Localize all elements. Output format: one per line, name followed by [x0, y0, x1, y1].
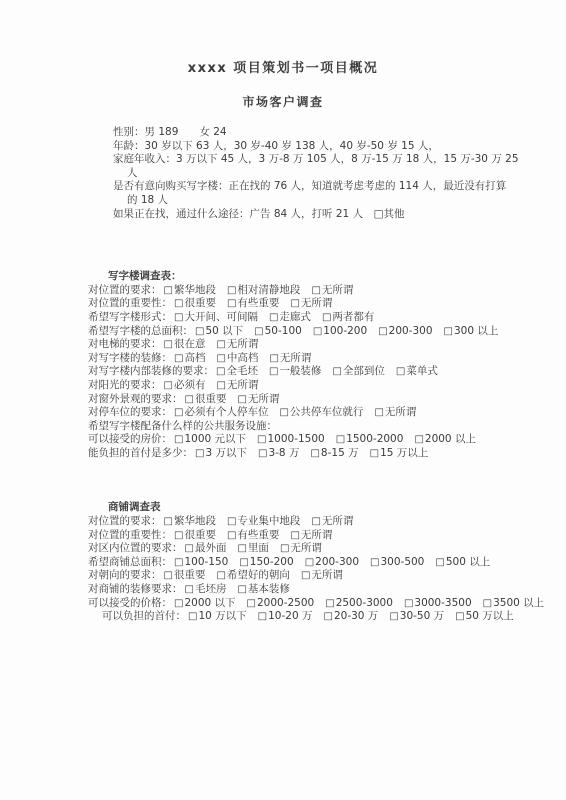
- option-label: 2000-2500: [257, 597, 314, 609]
- checkbox-option: □2500-3000: [325, 597, 393, 609]
- checkbox-option: □繁华地段: [164, 515, 216, 527]
- checkbox-icon: □: [174, 530, 183, 541]
- document-subtitle: 市场客户调查: [0, 93, 566, 110]
- checkbox-icon: □: [269, 312, 278, 323]
- checkbox-icon: □: [483, 598, 492, 609]
- survey-row: 对区内位置的要求：□最外面□里面□无所谓: [88, 542, 540, 556]
- checkbox-icon: □: [216, 380, 225, 391]
- option-label: 必须有个人停车位: [184, 406, 268, 418]
- option-label: 无所谓: [301, 529, 333, 541]
- checkbox-icon: □: [332, 366, 341, 377]
- checkbox-option: □50 以下: [195, 325, 243, 337]
- checkbox-option: □3000-3500: [404, 597, 472, 609]
- checkbox-option: □公共停车位就行: [279, 406, 363, 418]
- checkbox-option: □高档: [174, 352, 205, 364]
- option-label: 8-15 万: [321, 447, 359, 459]
- survey-row: 希望写字楼配备什么样的公共服务设施：: [88, 420, 540, 434]
- checkbox-option: □很重要: [174, 529, 216, 541]
- survey-row: 对朝向的要求：□很重要□希望好的朝向□无所谓: [88, 569, 540, 583]
- option-label: 有些重要: [237, 297, 279, 309]
- intro-line: 是否有意向购买写字楼：正在找的 76 人，知道就考虑考虑的 114 人，最近没有…: [113, 180, 532, 194]
- option-label: 30-50 万: [400, 610, 444, 622]
- checkbox-option: □15 万以上: [370, 447, 429, 459]
- row-label: 希望写字楼的总面积：: [88, 325, 193, 337]
- checkbox-option: □两者都有: [322, 311, 374, 323]
- checkbox-option: □300 以上: [444, 325, 499, 337]
- option-label: 1000-1500: [267, 433, 324, 445]
- row-label: 对位置的重要性：: [88, 297, 172, 309]
- row-label: 可以接受的房价：: [88, 433, 172, 445]
- option-label: 必须有: [174, 379, 206, 391]
- survey-row: 希望写字楼的总面积：□50 以下□50-100□100-200□200-300□…: [88, 325, 540, 339]
- checkbox-icon: □: [257, 434, 266, 445]
- option-label: 2500-3000: [336, 597, 393, 609]
- option-label: 15 万以上: [380, 447, 428, 459]
- option-label: 50-100: [265, 325, 302, 337]
- checkbox-icon: □: [301, 570, 310, 581]
- checkbox-option: □很重要: [185, 393, 227, 405]
- option-label: 无所谓: [248, 393, 280, 405]
- checkbox-icon: □: [313, 326, 322, 337]
- checkbox-icon: □: [247, 598, 256, 609]
- checkbox-option: □2000 以上: [414, 433, 476, 445]
- option-label: 专业集中地段: [237, 515, 300, 527]
- checkbox-option: □无所谓: [280, 542, 322, 554]
- option-label: 200-300: [315, 556, 359, 568]
- checkbox-icon: □: [239, 557, 248, 568]
- option-label: 3 万以下: [205, 447, 247, 459]
- survey-row: 可以负担的首付：□10 万以下□10-20 万□20-30 万□30-50 万□…: [88, 610, 540, 624]
- checkbox-icon: □: [370, 557, 379, 568]
- option-label: 无所谓: [322, 515, 354, 527]
- checkbox-icon: □: [258, 611, 267, 622]
- checkbox-icon: □: [164, 285, 173, 296]
- checkbox-icon: □: [174, 312, 183, 323]
- checkbox-option: □无所谓: [290, 529, 332, 541]
- checkbox-icon: □: [164, 380, 173, 391]
- row-label: 希望商铺总面积：: [88, 556, 172, 568]
- checkbox-option: □专业集中地段: [227, 515, 300, 527]
- survey-row: 对商铺的装修要求：□毛坯房□基本装修: [88, 583, 540, 597]
- option-label: 1500-2000: [346, 433, 403, 445]
- checkbox-icon: □: [185, 584, 194, 595]
- checkbox-icon: □: [378, 326, 387, 337]
- survey-row: 对位置的要求：□繁华地段□专业集中地段□无所谓: [88, 515, 540, 529]
- survey-row: 对停车位的要求：□必须有个人停车位□公共停车位就行□无所谓: [88, 406, 540, 420]
- survey-row: 对电梯的要求：□很在意□无所谓: [88, 338, 540, 352]
- checkbox-icon: □: [216, 353, 225, 364]
- row-label: 对位置的要求：: [88, 284, 162, 296]
- checkbox-option: □中高档: [216, 352, 258, 364]
- checkbox-icon: □: [237, 584, 246, 595]
- survey-row: 可以接受的价格：□2000 以下□2000-2500□2500-3000□300…: [88, 597, 540, 611]
- checkbox-option: □50-100: [254, 325, 302, 337]
- checkbox-icon: □: [280, 543, 289, 554]
- checkbox-option: □菜单式: [396, 365, 438, 377]
- checkbox-option: □10 万以下: [188, 610, 247, 622]
- checkbox-option: □有些重要: [227, 529, 279, 541]
- checkbox-option: □相对清静地段: [227, 284, 300, 296]
- option-label: 无所谓: [301, 297, 333, 309]
- row-label: 对阳光的要求：: [88, 379, 162, 391]
- checkbox-icon: □: [174, 598, 183, 609]
- checkbox-icon: □: [237, 394, 246, 405]
- checkbox-option: □200-300: [378, 325, 432, 337]
- row-label: 对停车位的要求：: [88, 406, 172, 418]
- option-label: 20-30 万: [334, 610, 378, 622]
- checkbox-icon: □: [174, 434, 183, 445]
- checkbox-icon: □: [290, 530, 299, 541]
- option-label: 无所谓: [280, 352, 312, 364]
- option-label: 一般装修: [279, 365, 321, 377]
- checkbox-option: □无所谓: [374, 406, 416, 418]
- option-label: 无所谓: [311, 569, 343, 581]
- section-heading: 商铺调查表: [88, 501, 540, 515]
- row-label: 可以接受的价格：: [88, 597, 172, 609]
- checkbox-option: □无所谓: [290, 297, 332, 309]
- checkbox-icon: □: [164, 516, 173, 527]
- row-label: 对位置的要求：: [88, 515, 162, 527]
- survey-row: 对写字楼的装修：□高档□中高档□无所谓: [88, 352, 540, 366]
- row-label: 对位置的重要性：: [88, 529, 172, 541]
- option-label: 50 以下: [205, 325, 243, 337]
- checkbox-icon: □: [336, 434, 345, 445]
- option-label: 很重要: [174, 569, 206, 581]
- checkbox-icon: □: [322, 312, 331, 323]
- intro-line: 的 18 人: [113, 194, 532, 208]
- option-label: 2000 以上: [425, 433, 476, 445]
- option-label: 1000 元以下: [184, 433, 246, 445]
- option-label: 100-200: [323, 325, 367, 337]
- checkbox-option: □20-30 万: [324, 610, 379, 622]
- checkbox-icon: □: [414, 434, 423, 445]
- row-label: 对窗外景观的要求：: [88, 393, 183, 405]
- checkbox-icon: □: [227, 516, 236, 527]
- checkbox-icon: □: [195, 448, 204, 459]
- intro-line: 年龄：30 岁以下 63 人，30 岁-40 岁 138 人，40 岁-50 岁…: [113, 140, 532, 154]
- checkbox-icon: □: [374, 407, 383, 418]
- option-label: 无所谓: [290, 542, 322, 554]
- checkbox-option: □1500-2000: [336, 433, 404, 445]
- intro-line: 人: [113, 167, 532, 181]
- survey-row: 希望商铺总面积：□100-150□150-200□200-300□300-500…: [88, 556, 540, 570]
- intro-line: 性别：男 189 女 24: [113, 126, 532, 140]
- checkbox-icon: □: [174, 557, 183, 568]
- option-label: 150-200: [250, 556, 294, 568]
- row-label: 对商铺的装修要求：: [88, 583, 183, 595]
- checkbox-icon: □: [164, 339, 173, 350]
- checkbox-icon: □: [269, 353, 278, 364]
- option-label: 繁华地段: [174, 284, 216, 296]
- checkbox-option: □3 万以下: [195, 447, 247, 459]
- row-label: 希望写字楼形式：: [88, 311, 172, 323]
- checkbox-option: □繁华地段: [164, 284, 216, 296]
- row-label: 能负担的首付是多少：: [88, 447, 193, 459]
- checkbox-option: □最外面: [185, 542, 227, 554]
- option-label: 菜单式: [406, 365, 438, 377]
- checkbox-option: □很重要: [174, 297, 216, 309]
- checkbox-icon: □: [435, 557, 444, 568]
- checkbox-option: □3500 以上: [483, 597, 545, 609]
- checkbox-option: □无所谓: [237, 393, 279, 405]
- survey-row: 可以接受的房价：□1000 元以下□1000-1500□1500-2000□20…: [88, 433, 540, 447]
- checkbox-icon: □: [311, 516, 320, 527]
- checkbox-icon: □: [290, 298, 299, 309]
- checkbox-icon: □: [237, 543, 246, 554]
- survey-row: 对位置的重要性：□很重要□有些重要□无所谓: [88, 297, 540, 311]
- checkbox-option: □10-20 万: [258, 610, 313, 622]
- checkbox-option: □200-300: [305, 556, 359, 568]
- office-survey-section: 写字楼调查表：对位置的要求：□繁华地段□相对清静地段□无所谓对位置的重要性：□很…: [88, 270, 540, 460]
- checkbox-option: □100-150: [174, 556, 228, 568]
- row-label: 对写字楼的装修：: [88, 352, 172, 364]
- checkbox-option: □很重要: [164, 569, 206, 581]
- row-label: 对电梯的要求：: [88, 338, 162, 350]
- checkbox-option: □必须有个人停车位: [174, 406, 268, 418]
- checkbox-icon: □: [370, 448, 379, 459]
- checkbox-option: □1000 元以下: [174, 433, 246, 445]
- checkbox-icon: □: [174, 407, 183, 418]
- intro-line: 家庭年收入：3 万以下 45 人，3 万-8 万 105 人，8 万-15 万 …: [113, 153, 532, 167]
- survey-row: 能负担的首付是多少：□3 万以下□3-8 万□8-15 万□15 万以上: [88, 447, 540, 461]
- checkbox-icon: □: [185, 543, 194, 554]
- option-label: 两者都有: [332, 311, 374, 323]
- document-title: xxxx 项目策划书一项目概况: [0, 0, 566, 76]
- option-label: 10-20 万: [268, 610, 312, 622]
- option-label: 很在意: [174, 338, 206, 350]
- intro-line: 如果正在找，通过什么途径：广告 84 人，打听 21 人 □其他: [113, 208, 532, 222]
- option-label: 3-8 万: [268, 447, 299, 459]
- option-label: 50 万以上: [466, 610, 514, 622]
- option-label: 500 以上: [446, 556, 490, 568]
- checkbox-option: □全部到位: [332, 365, 384, 377]
- survey-row: 对位置的要求：□繁华地段□相对清静地段□无所谓: [88, 284, 540, 298]
- option-label: 无所谓: [227, 379, 259, 391]
- checkbox-option: □500 以上: [435, 556, 490, 568]
- option-label: 基本装修: [248, 583, 290, 595]
- option-label: 300 以上: [454, 325, 498, 337]
- checkbox-option: □无所谓: [269, 352, 311, 364]
- option-label: 希望好的朝向: [227, 569, 290, 581]
- checkbox-icon: □: [305, 557, 314, 568]
- checkbox-option: □300-500: [370, 556, 424, 568]
- option-label: 无所谓: [227, 338, 259, 350]
- option-label: 有些重要: [237, 529, 279, 541]
- checkbox-option: □3-8 万: [258, 447, 299, 459]
- row-label: 对区内位置的要求：: [88, 542, 183, 554]
- option-label: 走廊式: [279, 311, 311, 323]
- option-label: 公共停车位就行: [290, 406, 364, 418]
- checkbox-option: □一般装修: [269, 365, 321, 377]
- checkbox-icon: □: [185, 394, 194, 405]
- option-label: 2000 以下: [184, 597, 235, 609]
- checkbox-icon: □: [396, 366, 405, 377]
- survey-row: 对阳光的要求：□必须有□无所谓: [88, 379, 540, 393]
- checkbox-icon: □: [174, 353, 183, 364]
- checkbox-option: □全毛坯: [216, 365, 258, 377]
- option-label: 3000-3500: [414, 597, 471, 609]
- option-label: 10 万以下: [198, 610, 246, 622]
- option-label: 最外面: [195, 542, 227, 554]
- checkbox-icon: □: [269, 366, 278, 377]
- option-label: 很重要: [195, 393, 227, 405]
- option-label: 全部到位: [343, 365, 385, 377]
- checkbox-option: □必须有: [164, 379, 206, 391]
- option-label: 很重要: [184, 297, 216, 309]
- option-label: 无所谓: [322, 284, 354, 296]
- checkbox-option: □希望好的朝向: [216, 569, 289, 581]
- option-label: 无所谓: [385, 406, 417, 418]
- checkbox-option: □走廊式: [269, 311, 311, 323]
- document-page: xxxx 项目策划书一项目概况 市场客户调查 性别：男 189 女 24年龄：3…: [0, 0, 566, 800]
- checkbox-option: □很在意: [164, 338, 206, 350]
- checkbox-icon: □: [174, 298, 183, 309]
- checkbox-option: □1000-1500: [257, 433, 325, 445]
- option-label: 高档: [184, 352, 205, 364]
- option-label: 100-150: [184, 556, 228, 568]
- checkbox-option: □毛坯房: [185, 583, 227, 595]
- option-label: 300-500: [380, 556, 424, 568]
- checkbox-option: □无所谓: [216, 379, 258, 391]
- checkbox-icon: □: [164, 570, 173, 581]
- checkbox-icon: □: [216, 570, 225, 581]
- option-label: 200-300: [389, 325, 433, 337]
- shop-survey-section: 商铺调查表对位置的要求：□繁华地段□专业集中地段□无所谓对位置的重要性：□很重要…: [88, 501, 540, 623]
- option-label: 中高档: [227, 352, 259, 364]
- checkbox-icon: □: [254, 326, 263, 337]
- row-label: 对写字楼内部装修的要求：: [88, 365, 214, 377]
- checkbox-icon: □: [227, 530, 236, 541]
- option-label: 相对清静地段: [237, 284, 300, 296]
- checkbox-icon: □: [311, 285, 320, 296]
- checkbox-option: □150-200: [239, 556, 293, 568]
- checkbox-option: □无所谓: [311, 284, 353, 296]
- checkbox-option: □100-200: [313, 325, 367, 337]
- option-label: 毛坯房: [195, 583, 227, 595]
- checkbox-option: □无所谓: [301, 569, 343, 581]
- row-label: 希望写字楼配备什么样的公共服务设施：: [88, 420, 277, 432]
- checkbox-icon: □: [389, 611, 398, 622]
- checkbox-icon: □: [227, 298, 236, 309]
- checkbox-option: □2000-2500: [247, 597, 315, 609]
- checkbox-icon: □: [258, 448, 267, 459]
- option-label: 3500 以上: [493, 597, 544, 609]
- checkbox-option: □8-15 万: [310, 447, 358, 459]
- survey-row: 对窗外景观的要求：□很重要□无所谓: [88, 393, 540, 407]
- checkbox-icon: □: [404, 598, 413, 609]
- survey-row: 对位置的重要性：□很重要□有些重要□无所谓: [88, 529, 540, 543]
- option-label: 繁华地段: [174, 515, 216, 527]
- checkbox-icon: □: [444, 326, 453, 337]
- intro-block: 性别：男 189 女 24年龄：30 岁以下 63 人，30 岁-40 岁 13…: [113, 126, 532, 221]
- checkbox-icon: □: [455, 611, 464, 622]
- survey-row: 对写字楼内部装修的要求：□全毛坯□一般装修□全部到位□菜单式: [88, 365, 540, 379]
- option-label: 里面: [248, 542, 269, 554]
- checkbox-icon: □: [324, 611, 333, 622]
- checkbox-icon: □: [227, 285, 236, 296]
- checkbox-option: □有些重要: [227, 297, 279, 309]
- section-heading: 写字楼调查表：: [88, 270, 540, 284]
- checkbox-option: □无所谓: [216, 338, 258, 350]
- checkbox-icon: □: [188, 611, 197, 622]
- checkbox-option: □里面: [237, 542, 268, 554]
- checkbox-icon: □: [195, 326, 204, 337]
- checkbox-option: □大开间、可间隔: [174, 311, 258, 323]
- row-label: 对朝向的要求：: [88, 569, 162, 581]
- option-label: 很重要: [184, 529, 216, 541]
- checkbox-option: □30-50 万: [389, 610, 444, 622]
- option-label: 大开间、可间隔: [184, 311, 258, 323]
- row-label: 可以负担的首付：: [102, 610, 186, 622]
- checkbox-icon: □: [216, 366, 225, 377]
- checkbox-icon: □: [325, 598, 334, 609]
- option-label: 全毛坯: [226, 365, 258, 377]
- checkbox-option: □2000 以下: [174, 597, 236, 609]
- checkbox-icon: □: [216, 339, 225, 350]
- checkbox-icon: □: [279, 407, 288, 418]
- checkbox-option: □50 万以上: [455, 610, 514, 622]
- survey-row: 希望写字楼形式：□大开间、可间隔□走廊式□两者都有: [88, 311, 540, 325]
- checkbox-icon: □: [310, 448, 319, 459]
- checkbox-option: □无所谓: [311, 515, 353, 527]
- checkbox-option: □基本装修: [237, 583, 289, 595]
